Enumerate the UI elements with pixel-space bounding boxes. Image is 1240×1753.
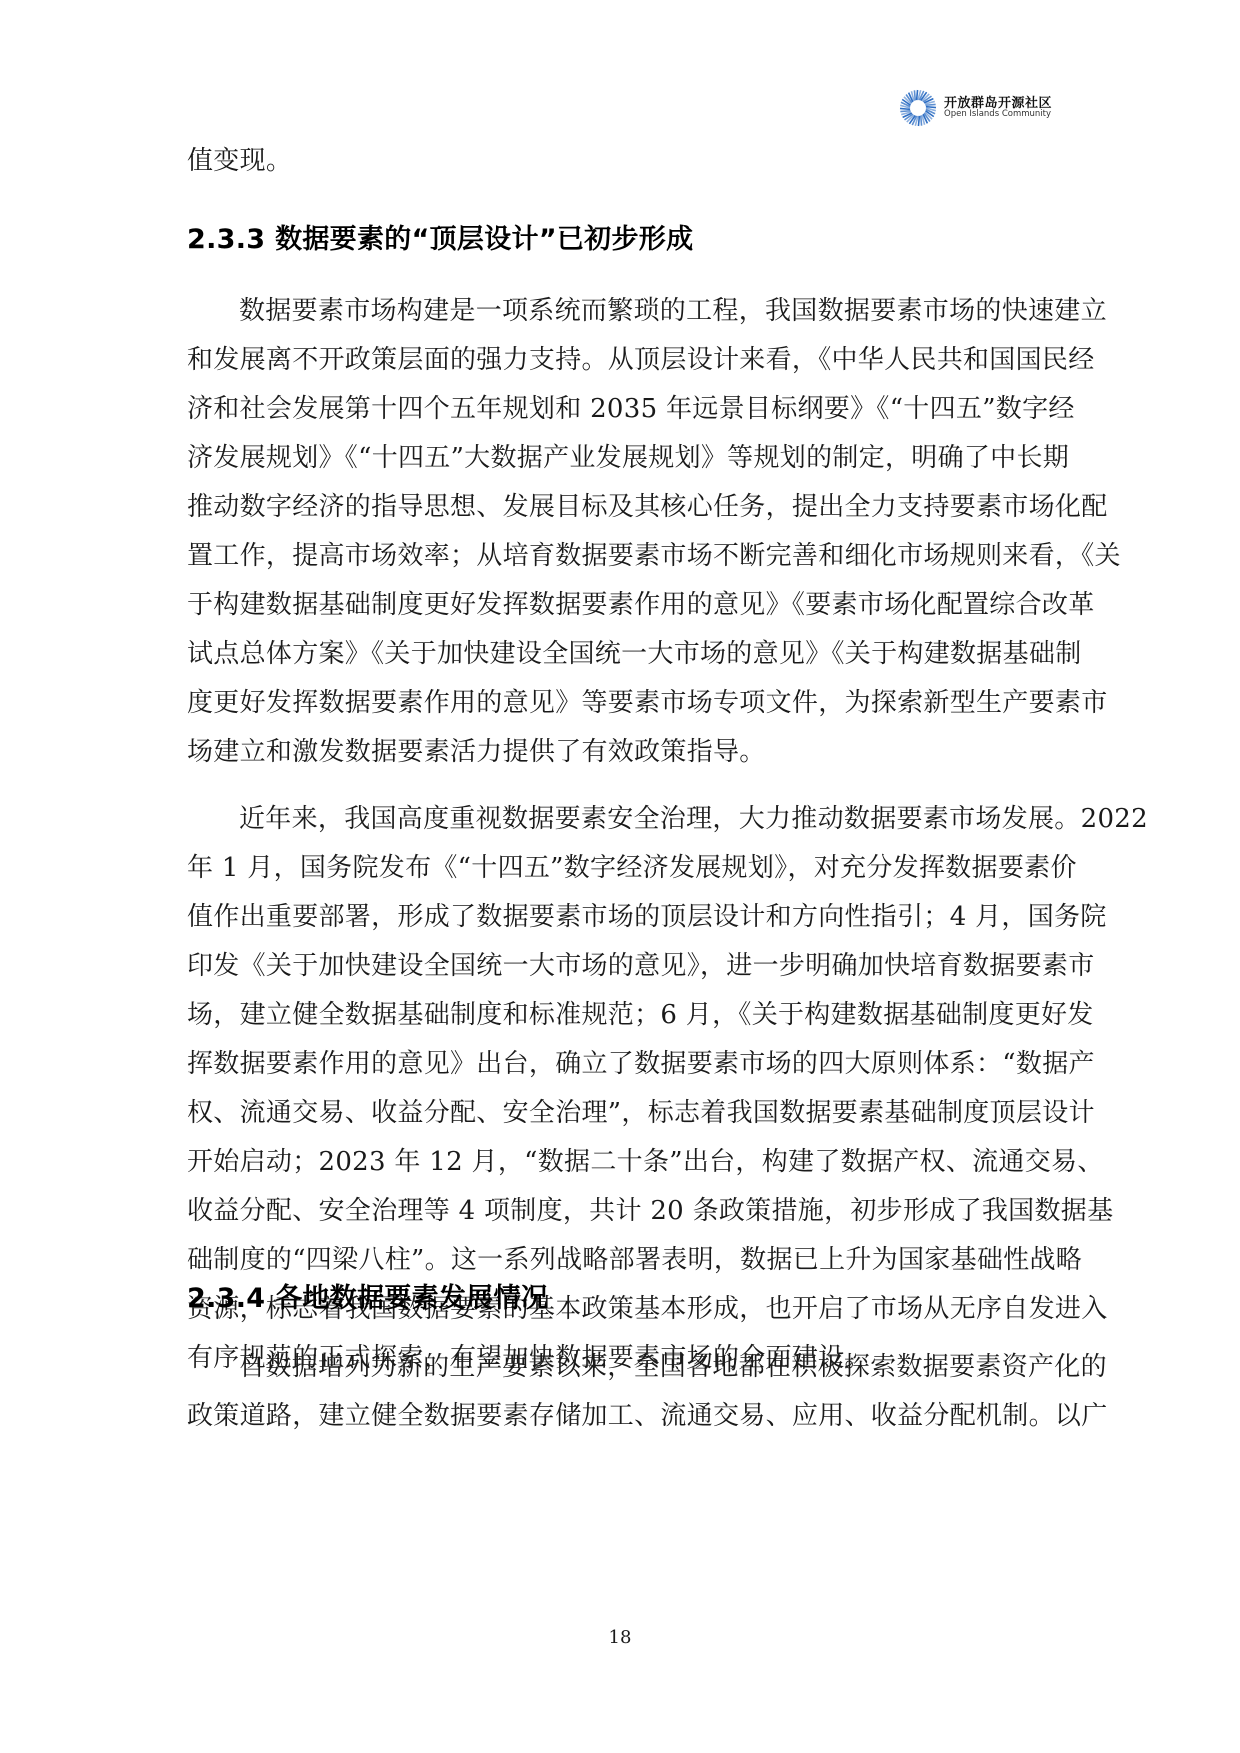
- header-logo: 开放群岛开源社区 Open Islands Community: [898, 88, 1052, 128]
- paragraph-line: 推动数字经济的指导思想、发展目标及其核心任务，提出全力支持要素市场化配: [187, 486, 1057, 523]
- sunburst-logo-icon: [898, 88, 938, 128]
- paragraph-line: 济发展规划》《“十四五”大数据产业发展规划》等规划的制定，明确了中长期: [187, 437, 1057, 474]
- paragraph-line: 年 1 月，国务院发布《“十四五”数字经济发展规划》，对充分发挥数据要素价: [187, 847, 1057, 884]
- paragraph-line: 场建立和激发数据要素活力提供了有效政策指导。: [187, 731, 1057, 768]
- paragraph-line: 收益分配、安全治理等 4 项制度，共计 20 条政策措施，初步形成了我国数据基: [187, 1190, 1057, 1227]
- paragraph-line: 权、流通交易、收益分配、安全治理”，标志着我国数据要素基础制度顶层设计: [187, 1092, 1057, 1129]
- logo-title-en: Open Islands Community: [944, 110, 1052, 119]
- logo-title-cn: 开放群岛开源社区: [944, 97, 1052, 111]
- paragraph-line: 值作出重要部署，形成了数据要素市场的顶层设计和方向性指引；4 月，国务院: [187, 896, 1057, 933]
- paragraph-line: 政策道路，建立健全数据要素存储加工、流通交易、应用、收益分配机制。以广: [187, 1395, 1057, 1432]
- paragraph-line: 自数据增列为新的生产要素以来，全国各地都在积极探索数据要素资产化的: [187, 1346, 1057, 1383]
- section-heading-2-3-3: 2.3.3 数据要素的“顶层设计”已初步形成: [187, 217, 693, 256]
- paragraph-line: 济和社会发展第十四个五年规划和 2035 年远景目标纲要》《“十四五”数字经: [187, 388, 1057, 425]
- paragraph-line: 础制度的“四梁八柱”。这一系列战略部署表明，数据已上升为国家基础性战略: [187, 1239, 1057, 1276]
- paragraph-line: 挥数据要素作用的意见》出台，确立了数据要素市场的四大原则体系：“数据产: [187, 1043, 1057, 1080]
- carryover-text: 值变现。: [187, 140, 292, 177]
- paragraph-line: 试点总体方案》《关于加快建设全国统一大市场的意见》《关于构建数据基础制: [187, 633, 1057, 670]
- paragraph-line: 数据要素市场构建是一项系统而繁琐的工程，我国数据要素市场的快速建立: [187, 290, 1057, 327]
- paragraph-line: 场，建立健全数据基础制度和标准规范；6 月，《关于构建数据基础制度更好发: [187, 994, 1057, 1031]
- section-heading-2-3-4: 2.3.4 各地数据要素发展情况: [187, 1276, 548, 1315]
- paragraph-line: 印发《关于加快建设全国统一大市场的意见》，进一步明确加快培育数据要素市: [187, 945, 1057, 982]
- paragraph-line: 度更好发挥数据要素作用的意见》等要素市场专项文件，为探索新型生产要素市: [187, 682, 1057, 719]
- paragraph-line: 于构建数据基础制度更好发挥数据要素作用的意见》《要素市场化配置综合改革: [187, 584, 1057, 621]
- paragraph-line: 开始启动；2023 年 12 月，“数据二十条”出台，构建了数据产权、流通交易、: [187, 1141, 1057, 1178]
- paragraph-line: 置工作，提高市场效率；从培育数据要素市场不断完善和细化市场规则来看，《关: [187, 535, 1057, 572]
- logo-text: 开放群岛开源社区 Open Islands Community: [944, 97, 1052, 120]
- paragraph-line: 和发展离不开政策层面的强力支持。从顶层设计来看，《中华人民共和国国民经: [187, 339, 1057, 376]
- paragraph-line: 近年来，我国高度重视数据要素安全治理，大力推动数据要素市场发展。2022: [187, 798, 1057, 835]
- page-number: 18: [0, 1627, 1240, 1648]
